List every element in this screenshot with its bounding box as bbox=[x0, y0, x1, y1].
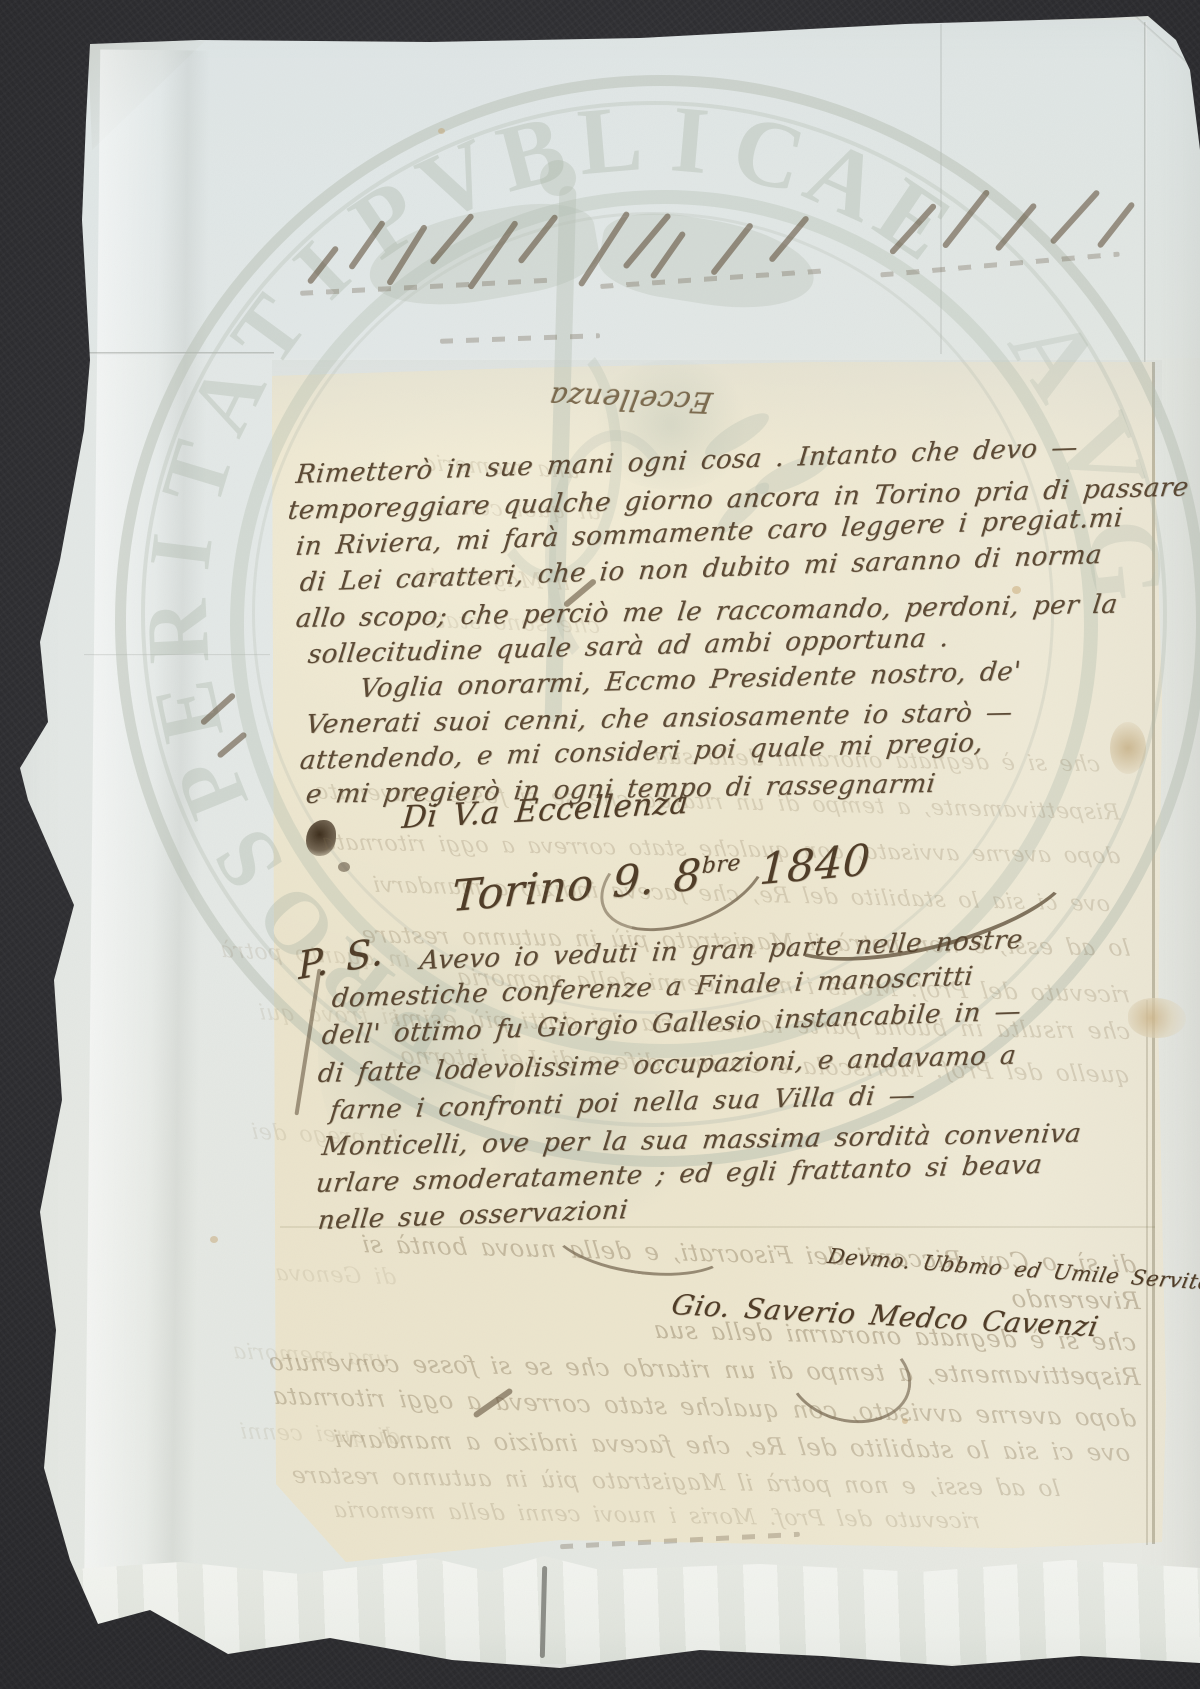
ink-smudge-stroke bbox=[768, 215, 810, 263]
handwriting-line: farne i confronti poi nella sua Villa di… bbox=[328, 1081, 917, 1126]
ink-smudge-dashes bbox=[880, 252, 1120, 278]
bleedthrough-line: di sì, o Cav. Riccardi dei Fisocrati, e … bbox=[335, 1229, 1138, 1278]
scanned-document-page: PVBLICAEPROSPERITATIAVG Eccellenza Di V.… bbox=[0, 0, 1200, 1689]
ink-smudge-stroke bbox=[216, 731, 247, 759]
ink-smudge-stroke bbox=[306, 245, 339, 285]
ink-smudge-stroke bbox=[429, 213, 475, 266]
handwriting-layer: Eccellenza Di V.a Eccellenza Torino 9. 8… bbox=[0, 0, 1200, 1689]
ink-smudge-stroke bbox=[578, 210, 631, 287]
ink-smudge-stroke bbox=[1049, 189, 1100, 245]
bleedthrough-line: ricevuto del Prof. Moris i nuovi cenni d… bbox=[379, 1499, 982, 1535]
ink-smudge-stroke bbox=[348, 220, 386, 271]
bleedthrough-line: Rispettivamente, a tempo di un ritardo c… bbox=[328, 1349, 1141, 1391]
ink-smudge-stroke bbox=[649, 230, 686, 279]
ink-smudge-dashes bbox=[300, 277, 560, 296]
bleedthrough-line: di quei cenni bbox=[119, 1415, 401, 1450]
pen-flourish bbox=[294, 969, 321, 1116]
bleedthrough-line: che si è degnata onorarmi della sua bbox=[598, 744, 1101, 778]
ink-smudge-stroke bbox=[386, 224, 428, 287]
inverted-salutation: Eccellenza bbox=[546, 380, 715, 419]
bleedthrough-line: una memoria bbox=[109, 1333, 391, 1373]
bleedthrough-line: lo ad essi, e non potrà il Magistrato pi… bbox=[358, 1464, 1061, 1502]
ink-smudge-stroke bbox=[200, 692, 237, 726]
bleedthrough-line: dopo averne avvisato, con qualche stato … bbox=[335, 1383, 1138, 1432]
ink-smudge-stroke bbox=[1096, 201, 1135, 249]
bleedthrough-line: ove ci sia lo stabilito del Re, che face… bbox=[338, 1425, 1131, 1467]
ink-smudge-stroke bbox=[710, 222, 754, 276]
ink-smudge-stroke bbox=[517, 214, 559, 265]
ink-smudge-dashes bbox=[560, 1532, 800, 1550]
ink-smudge-stroke bbox=[889, 202, 938, 255]
bleedthrough-line: di Genova bbox=[95, 1255, 397, 1291]
ink-smudge-stroke bbox=[941, 189, 990, 249]
ink-smudge-stroke bbox=[994, 202, 1037, 252]
ink-smudge-dashes bbox=[440, 333, 600, 344]
